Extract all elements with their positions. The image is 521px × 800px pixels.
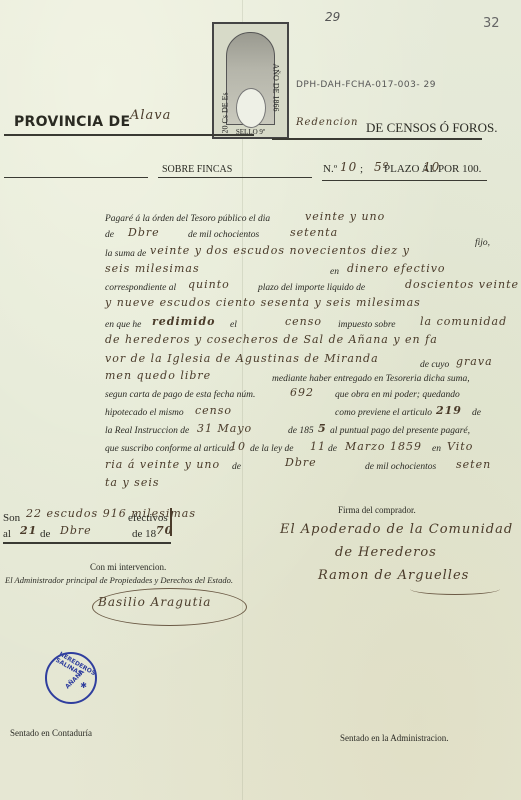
body-line-hand: 31 Mayo [197, 422, 252, 435]
body-line-printed: de mil ochocientos [365, 462, 436, 472]
stamp-value-text: 20 Cs DE Es [221, 84, 230, 134]
body-line-printed: en [432, 444, 441, 454]
day-hand: 21 [20, 524, 37, 537]
body-line-hand: men quedo libre [105, 369, 211, 382]
revenue-stamp: 20 Cs DE Es AÑO DE 1866 SELLO 9º [212, 22, 289, 139]
buyer-signature-line: El Apoderado de la Comunidad [280, 522, 513, 537]
province-label: PROVINCIA DE [14, 114, 130, 130]
body-line-hand: 219 [436, 404, 462, 417]
summary-rule [3, 542, 171, 544]
footer-contaduria: Sentado en Contaduría [10, 728, 92, 738]
signature-flourish [92, 588, 247, 626]
title-handwritten-prefix: Redencion [296, 117, 358, 128]
body-line-hand: dinero efectivo [347, 262, 446, 275]
body-line-printed: de [472, 408, 481, 418]
stamp-year-text: AÑO DE 1866 [272, 64, 281, 114]
administrator-title: El Administrador principal de Propiedade… [5, 575, 233, 585]
body-line-hand: veinte y dos escudos novecientos diez y [150, 244, 410, 257]
document-title: DE CENSOS Ó FOROS. [366, 120, 497, 136]
al-label: al [3, 528, 11, 540]
subheader-rule-1 [4, 177, 148, 178]
body-line-printed: como previene el articulo [335, 408, 432, 418]
body-line-printed: de mil ochocientos [188, 230, 259, 240]
body-line-printed: de 185 [288, 426, 314, 436]
buyer-signature-label: Firma del comprador. [338, 505, 416, 515]
body-line-hand: ta y seis [105, 476, 160, 489]
body-line-hand: censo [195, 404, 232, 417]
efectivos-label: efectivos [128, 512, 168, 524]
body-line-printed: en que he [105, 320, 141, 330]
folio-pencil-number: 29 [325, 10, 340, 24]
body-line-printed: plazo del importe liquido de [258, 283, 365, 293]
province-value: Alava [130, 108, 171, 123]
body-line-hand: seten [456, 458, 491, 471]
body-line-printed: de [328, 444, 337, 454]
body-line-hand: Dbre [128, 226, 160, 239]
body-line-printed: segun carta de pago de esta fecha núm. [105, 390, 255, 400]
body-line-printed: fijo, [475, 238, 490, 248]
body-line-printed: de la ley de [250, 444, 294, 454]
header-rule-right [272, 138, 482, 140]
body-line-hand: 10 [230, 440, 246, 453]
de-label: de [40, 528, 50, 540]
page-number: 32 [483, 16, 500, 31]
body-line-printed: la Real Instruccion de [105, 426, 189, 436]
body-line-hand: quinto [188, 278, 230, 291]
subheader-rule-3 [322, 180, 487, 181]
document-page: 29 32 DPH-DAH-FCHA-017-003- 29 20 Cs DE … [0, 0, 521, 800]
body-line-hand: doscientos veinte [405, 278, 519, 291]
number-separator: ; [360, 163, 363, 175]
number-label: N.º [323, 163, 337, 175]
body-line-printed: Pagaré á la órden del Tesoro público el … [105, 214, 270, 224]
archive-reference-code: DPH-DAH-FCHA-017-003- 29 [296, 80, 436, 90]
body-line-hand: veinte y uno [305, 210, 385, 223]
buyer-signature-line: de Herederos [335, 545, 437, 560]
body-line-hand: 11 [310, 440, 326, 453]
footer-administracion: Sentado en la Administracion. [340, 733, 448, 743]
body-line-printed: en [330, 267, 339, 277]
signature-flourish [410, 583, 500, 595]
body-line-printed: el [230, 320, 237, 330]
subheader-rule-2 [158, 177, 312, 178]
header-rule-left [4, 134, 254, 136]
body-line-hand: ria á veinte y uno [105, 458, 220, 471]
ink-seal-stamp: HEREDEROS SALINAS AÑANA ✱ [45, 652, 97, 704]
body-line-printed: correspondiente al [105, 283, 176, 293]
body-line-printed: que obra en mi poder; quedando [335, 390, 460, 400]
intervention-label: Con mi intervencion. [90, 562, 166, 572]
body-line-hand: 5 [318, 422, 327, 435]
month-hand: Dbre [60, 524, 92, 537]
son-label: Son [3, 512, 20, 524]
body-line-hand: Marzo 1859 [345, 440, 422, 453]
body-line-hand: setenta [290, 226, 338, 239]
year-label: de 18 [132, 528, 156, 540]
body-line-hand: la comunidad [420, 315, 507, 328]
body-line-hand: y nueve escudos ciento sesenta y seis mi… [105, 296, 421, 309]
body-line-hand: Dbre [285, 456, 317, 469]
body-line-printed: de cuyo [420, 360, 449, 370]
seal-star-icon: ✱ [80, 681, 87, 690]
rate-suffix: POR 100. [438, 163, 481, 175]
body-line-hand: vor de la Iglesia de Agustinas de Mirand… [105, 352, 379, 365]
body-line-hand: grava [456, 355, 493, 368]
body-line-printed: que suscribo conforme al articulo [105, 444, 234, 454]
body-line-hand: censo [285, 315, 322, 328]
stamp-oval-emblem [236, 88, 266, 128]
body-line-printed: la suma de [105, 249, 146, 259]
body-line-hand: 692 [290, 386, 314, 399]
summary-bracket [170, 508, 172, 536]
category-label: SOBRE FINCAS [162, 164, 232, 175]
buyer-signature-name: Ramon de Arguelles [318, 568, 469, 583]
body-line-printed: hipotecado el mismo [105, 408, 184, 418]
body-line-printed: al puntual pago del presente pagaré, [330, 426, 470, 436]
body-line-printed: de [105, 230, 114, 240]
body-line-printed: mediante haber entregado en Tesoreria di… [272, 374, 470, 384]
number-value: 10 [340, 160, 357, 174]
body-line-printed: de [232, 462, 241, 472]
body-line-hand: seis milesimas [105, 262, 200, 275]
body-line-hand: Vito [447, 440, 473, 453]
body-line-hand: redimido [152, 315, 216, 328]
body-line-printed: impuesto sobre [338, 320, 395, 330]
body-line-hand: de herederos y cosecheros de Sal de Añan… [105, 333, 438, 346]
